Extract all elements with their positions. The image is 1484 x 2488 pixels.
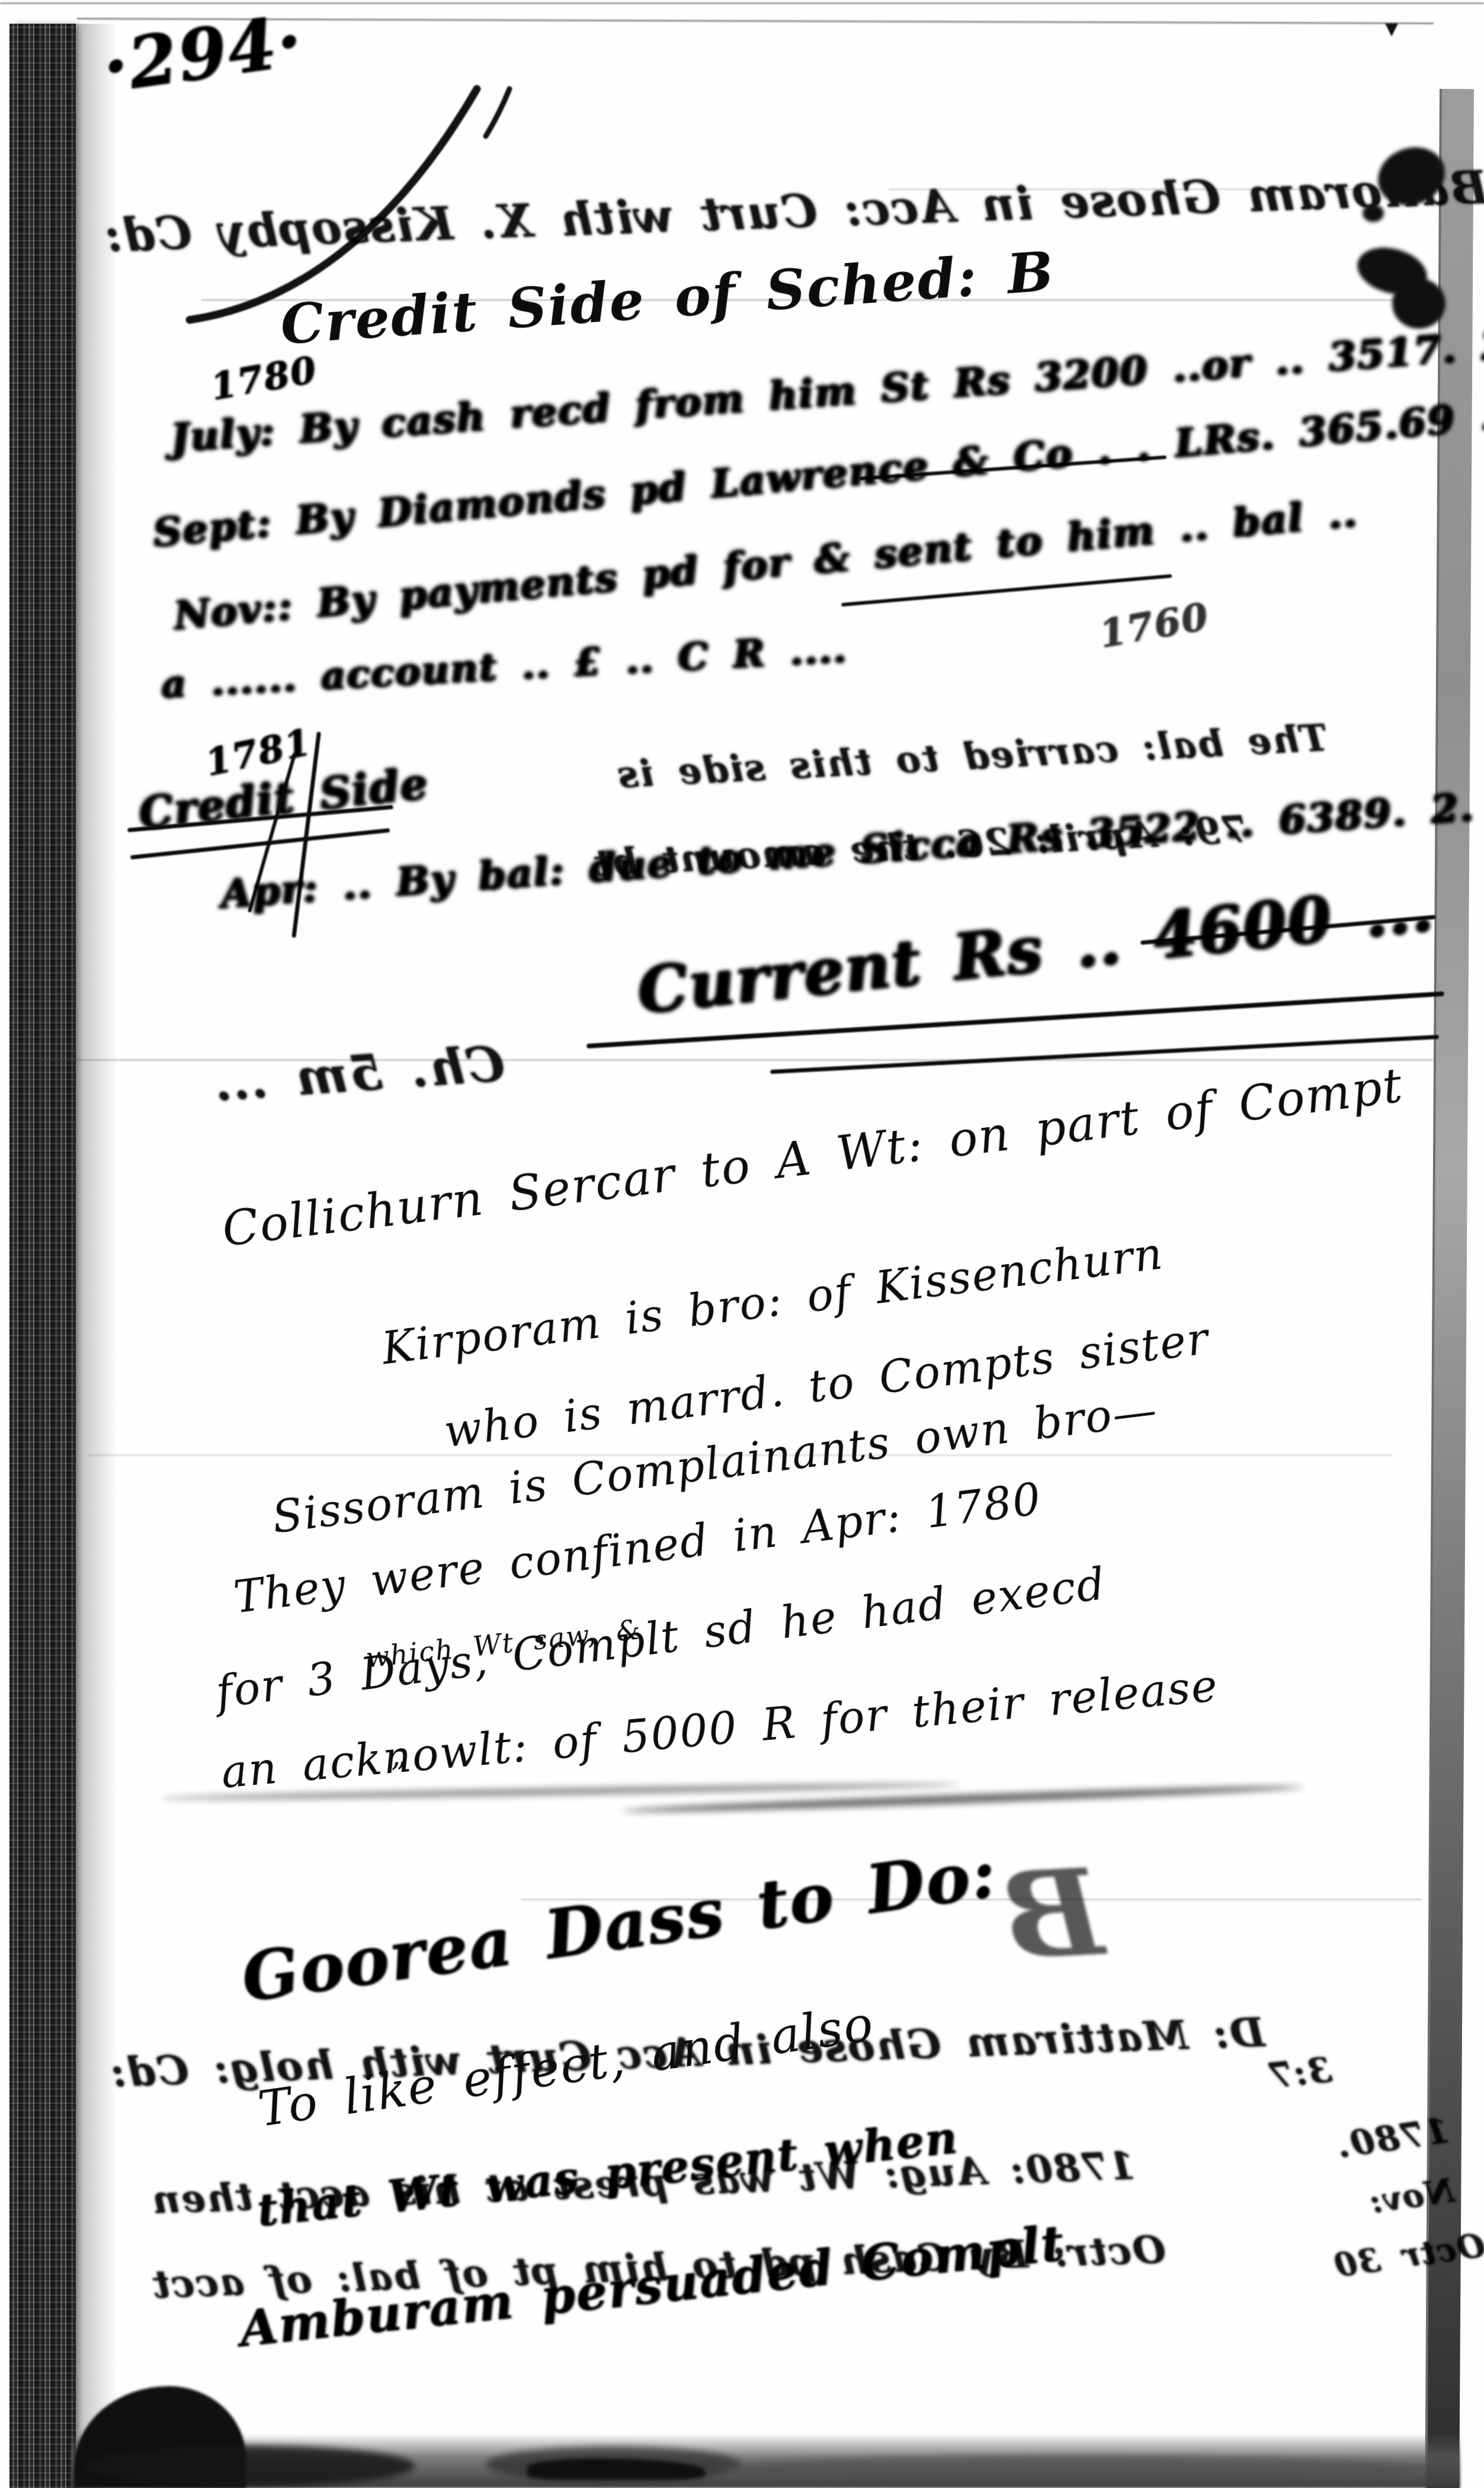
goorea-title: Goorea Dass to Do:	[237, 1834, 1001, 2016]
gutter-shadow	[76, 24, 117, 2488]
ink-speck: ▾	[1385, 13, 1398, 43]
ink-blob	[1363, 204, 1384, 222]
bleed-margin-date: 3:7	[1266, 2050, 1334, 2096]
bleed-margin-date: Octr 30	[1331, 2226, 1484, 2284]
bleed-through-line: Ch. 5m ...	[211, 1035, 506, 1112]
bottom-shadow-smear	[83, 2445, 415, 2487]
ledger-year-1780: 1780	[207, 348, 320, 409]
bottom-shadow-smear	[711, 2456, 1440, 2482]
bleed-through-line: The bal: carried to this side is	[616, 716, 1329, 797]
top-edge-line	[0, 2, 1484, 4]
ink-blob	[1392, 278, 1445, 329]
entry-underline	[841, 574, 1172, 607]
ledger-figure-1760: 1760	[1096, 594, 1212, 657]
ledger-entry-account: a ...... account .. £ .. C R ....	[160, 626, 848, 707]
manuscript-scan-page: ·294· ▾ D: Balloram Ghose in Acc: Curt w…	[0, 0, 1484, 2488]
bleed-through-letter: B	[998, 1843, 1106, 1987]
left-binding-texture	[9, 24, 76, 2488]
